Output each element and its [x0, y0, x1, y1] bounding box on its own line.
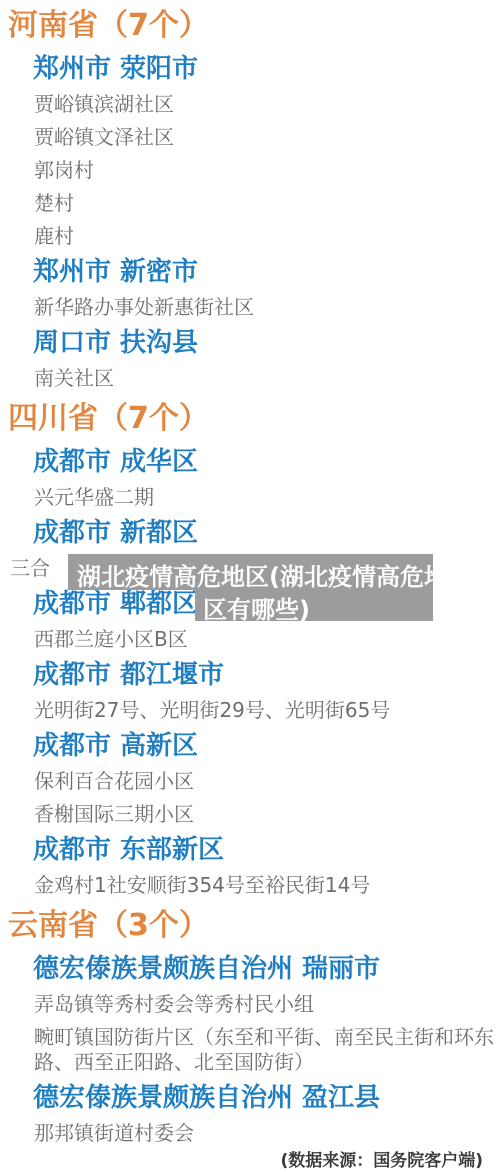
area-item: 兴元华盛二期	[34, 485, 496, 510]
city-heading: 德宏傣族景颇族自治州 瑞丽市	[33, 954, 500, 984]
city-heading: 成都市 新都区	[33, 518, 500, 548]
city-heading: 德宏傣族景颇族自治州 盈江县	[33, 1083, 500, 1113]
article-page: 河南省（7个）郑州市 荥阳市贾峪镇滨湖社区贾峪镇文泽社区郭岗村楚村鹿村郑州市 新…	[0, 0, 500, 1172]
area-item: 保利百合花园小区	[34, 769, 496, 794]
area-item: 香榭国际三期小区	[34, 802, 496, 827]
province-heading: 四川省（7个）	[8, 399, 500, 439]
area-item: 弄岛镇等秀村委会等秀村民小组	[34, 992, 496, 1017]
area-item: 西郡兰庭小区B区	[34, 627, 496, 652]
area-item: 光明街27号、光明街29号、光明街65号	[34, 698, 496, 723]
area-item: 郭岗村	[34, 158, 496, 183]
area-item: 金鸡村1社安顺街354号至裕民街14号	[34, 873, 496, 898]
city-heading: 周口市 扶沟县	[33, 328, 500, 358]
data-source-note: (数据来源：国务院客户端)	[280, 1146, 483, 1171]
city-heading: 成都市 东部新区	[33, 835, 500, 865]
province-heading: 河南省（7个）	[8, 6, 500, 46]
city-heading: 成都市 高新区	[33, 731, 500, 761]
city-heading: 郑州市 荥阳市	[33, 54, 500, 84]
area-item: 畹町镇国防街片区（东至和平街、南至民主街和环东路、西至正阳路、北至国防街）	[34, 1025, 496, 1075]
risk-area-list: 河南省（7个）郑州市 荥阳市贾峪镇滨湖社区贾峪镇文泽社区郭岗村楚村鹿村郑州市 新…	[0, 6, 500, 1146]
area-item: 三合	[10, 556, 472, 581]
area-item: 楚村	[34, 191, 496, 216]
area-item: 鹿村	[34, 224, 496, 249]
city-heading: 成都市 成华区	[33, 447, 500, 477]
city-heading: 成都市 郫都区	[33, 589, 500, 619]
city-heading: 郑州市 新密市	[33, 257, 500, 287]
area-item: 新华路办事处新惠街社区	[34, 295, 496, 320]
province-heading: 云南省（3个）	[8, 906, 500, 946]
area-item: 南关社区	[34, 366, 496, 391]
city-heading: 成都市 都江堰市	[33, 660, 500, 690]
area-item: 贾峪镇滨湖社区	[34, 92, 496, 117]
area-item: 那邦镇街道村委会	[34, 1121, 496, 1146]
area-item: 贾峪镇文泽社区	[34, 125, 496, 150]
